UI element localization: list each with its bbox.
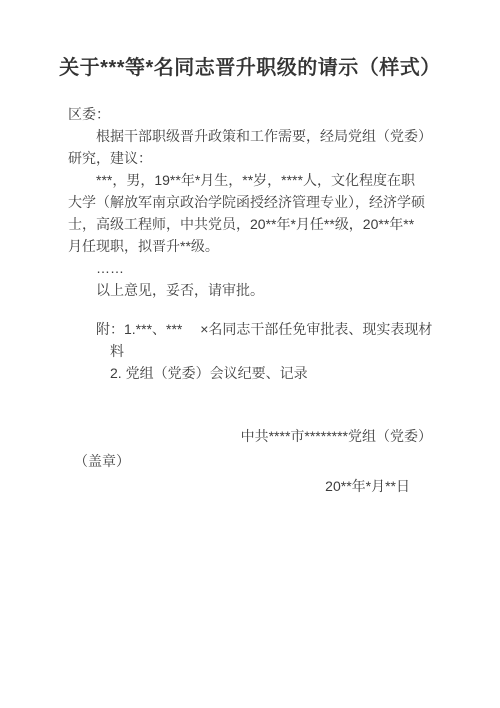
document-body: 区委： 根据干部职级晋升政策和工作需要，经局党组（党委） 研究，建议： ***，… [68, 103, 432, 301]
body-line: 士，高级工程师，中共党员，20**年*月任**级，20**年** [68, 213, 432, 235]
document-content: 关于***等*名同志晋升职级的请示（样式） 区委： 根据干部职级晋升政策和工作需… [0, 0, 500, 499]
closing-line: 以上意见，妥否，请审批。 [68, 279, 432, 301]
attachment-line: 料 [68, 340, 432, 362]
body-line: ***，男，19**年*月生，**岁，****人，文化程度在职 [68, 169, 432, 191]
seal-placeholder: （盖章） [68, 449, 432, 474]
signature-org: 中共****市********党组（党委） [68, 424, 432, 449]
document-title: 关于***等*名同志晋升职级的请示（样式） [38, 54, 462, 82]
body-line: 月任现职，拟晋升**级。 [68, 235, 432, 257]
attachment-list: 附：1.***、*** ×名同志干部任免审批表、现实表现材 料 2. 党组（党委… [68, 318, 432, 384]
salutation-line: 区委： [68, 103, 432, 125]
document-page: 关于***等*名同志晋升职级的请示（样式） 区委： 根据干部职级晋升政策和工作需… [0, 0, 500, 708]
body-line: 大学（解放军南京政治学院函授经济管理专业），经济学硕 [68, 191, 432, 213]
body-line: 研究，建议： [68, 147, 432, 169]
attachment-line: 附：1.***、*** ×名同志干部任免审批表、现实表现材 [68, 318, 432, 340]
ellipsis-line: …… [68, 257, 432, 279]
signature-date: 20**年*月**日 [68, 474, 432, 499]
attachment-line: 2. 党组（党委）会议纪要、记录 [68, 362, 432, 384]
body-line: 根据干部职级晋升政策和工作需要，经局党组（党委） [68, 125, 432, 147]
signature-block: 中共****市********党组（党委） （盖章） 20**年*月**日 [68, 424, 432, 499]
